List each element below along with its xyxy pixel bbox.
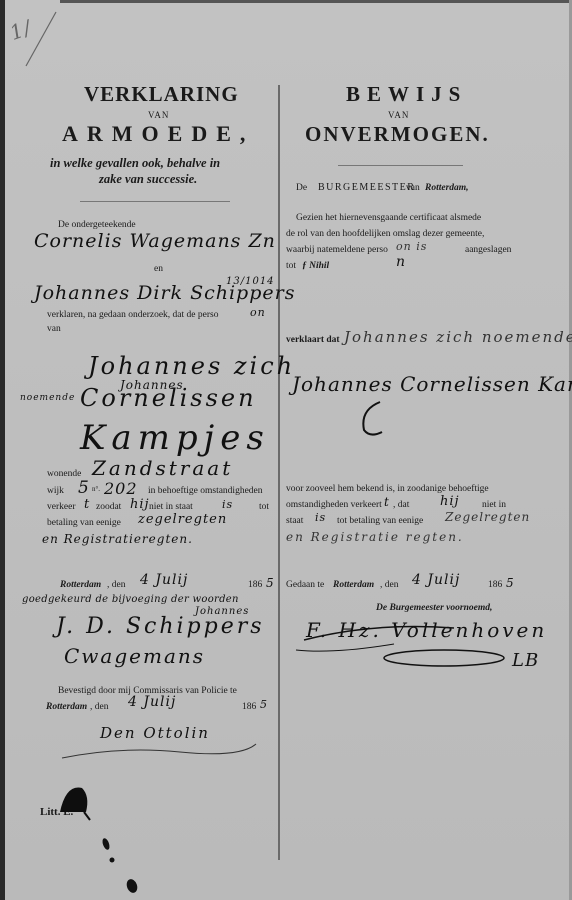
done-label: Gedaan te xyxy=(286,580,324,590)
right-title-van: VAN xyxy=(388,110,409,120)
ink-blot xyxy=(56,782,146,900)
done-date-label: , den xyxy=(380,580,398,590)
known-line4-hand: en Registratie regten. xyxy=(286,530,464,544)
para-line1: Gezien het hiernevensgaande certificaat … xyxy=(296,213,481,223)
residing-label: wonende xyxy=(47,469,81,479)
page-edge-top xyxy=(60,0,572,3)
known-line3-a: staat xyxy=(286,516,303,526)
van-label: van xyxy=(47,324,61,334)
wijk-value: 5 xyxy=(78,478,90,498)
signature-wagemans: Cwagemans xyxy=(64,644,205,668)
mayor-caps: BURGEMEESTER xyxy=(318,182,415,193)
confirmed-place: Rotterdam xyxy=(46,702,87,712)
known-line1: voor zooveel hem bekend is, in zoodanige… xyxy=(286,484,489,494)
left-title-rule xyxy=(80,201,230,202)
mayor-prefix: De xyxy=(296,183,307,193)
right-title-rule xyxy=(338,165,463,166)
is-handwritten: is xyxy=(222,498,233,511)
verkeer-label: verkeer xyxy=(47,502,75,512)
zoodat-label: zoodat xyxy=(96,502,121,512)
mayor-closing: De Burgemeester voornoemd, xyxy=(376,603,492,613)
left-title: VERKLARING xyxy=(84,82,239,107)
margin-pencil-stroke xyxy=(22,10,62,70)
mayor-city: Rotterdam, xyxy=(425,183,469,193)
residing-handwritten: Zandstraat xyxy=(92,456,233,480)
wijk-label: wijk xyxy=(47,486,64,496)
tot-label: tot xyxy=(259,502,269,512)
person-name-prefix: noemende xyxy=(20,393,75,403)
document-page: 1/ VERKLARING VAN ARMOEDE, in welke geva… xyxy=(0,0,572,900)
para-line2: de rol van den hoofdelijken omslag dezer… xyxy=(286,229,484,239)
para-line3-hand: on is xyxy=(396,240,427,253)
known-line3-hand: is xyxy=(315,511,326,524)
left-subtitle: ARMOEDE, xyxy=(62,121,254,147)
declares-label: verklaart dat xyxy=(286,335,340,345)
left-qualifier-line2: zake van successie. xyxy=(99,172,197,187)
person-name-line1: Johannes zich xyxy=(88,352,295,380)
signer1-handwritten: Cornelis Wagemans Zn xyxy=(34,230,276,252)
year-handwritten: 5 xyxy=(266,576,275,590)
page-edge-left xyxy=(0,0,5,900)
approval-note: goedgekeurd de bijvoeging der woorden xyxy=(22,594,239,605)
place-label: Rotterdam xyxy=(60,580,101,590)
done-year-handwritten: 5 xyxy=(506,576,515,590)
confirmed-date-handwritten: 4 Julij xyxy=(128,694,176,710)
signer2-note: 13/1014 xyxy=(226,276,275,287)
number-value: 202 xyxy=(104,479,138,498)
confirmed-year-printed: 186 xyxy=(242,702,256,712)
declare-text: verklaren, na gedaan onderzoek, dat de p… xyxy=(47,310,218,320)
payment-label: betaling van eenige xyxy=(47,518,121,528)
para-line3-b: aangeslagen xyxy=(465,245,511,255)
confirmed-date-label: , den xyxy=(90,702,108,712)
number-label: n°. xyxy=(92,485,100,493)
known-line2-hand2: hij xyxy=(440,494,460,509)
zoodat-handwritten: hij xyxy=(130,497,150,512)
niet-in-staat: niet in staat xyxy=(149,502,193,512)
para-line4-a: tot xyxy=(286,261,296,271)
known-line2-hand: t xyxy=(384,495,390,509)
mayor-initials: LB xyxy=(512,650,539,671)
verkeer-handwritten: t xyxy=(84,497,90,512)
declares-handwritten: Johannes zich noemende xyxy=(344,328,572,346)
date-label: , den xyxy=(107,580,125,590)
declare-suffix: on xyxy=(250,306,266,319)
payment-handwritten-2: en Registratieregten. xyxy=(42,532,193,546)
year-printed: 186 xyxy=(248,580,262,590)
name-flourish xyxy=(360,400,400,440)
left-title-van: VAN xyxy=(148,110,169,120)
known-line3-b: tot betaling van eenige xyxy=(337,516,423,526)
right-title: BEWIJS xyxy=(346,82,467,107)
and-label: en xyxy=(154,264,163,274)
date-handwritten: 4 Julij xyxy=(140,572,188,588)
commissioner-flourish xyxy=(60,738,260,768)
known-line2-c: niet in xyxy=(482,500,506,510)
mayor-van: van xyxy=(406,183,420,193)
done-year-printed: 186 xyxy=(488,580,502,590)
para-line4-b: ƒ Nihil xyxy=(302,261,329,271)
confirmed-year-handwritten: 5 xyxy=(260,698,268,711)
circumstances-text: in behoeftige omstandigheden xyxy=(148,486,263,496)
left-qualifier-line1: in welke gevallen ook, behalve in xyxy=(50,156,220,171)
undersigned-label: De ondergeteekende xyxy=(58,220,136,230)
signature-schippers: J. D. Schippers xyxy=(56,614,265,639)
para-line4-hand: n xyxy=(396,254,406,270)
known-line3-hand2: Zegelregten xyxy=(445,510,530,524)
person-name-line3: Kampjes xyxy=(80,418,270,458)
right-subtitle: ONVERMOGEN. xyxy=(305,122,490,147)
done-city: Rotterdam xyxy=(333,580,374,590)
column-divider xyxy=(278,85,280,860)
known-line2-a: omstandigheden verkeert xyxy=(286,500,382,510)
person-name-line2: Cornelissen xyxy=(80,384,257,412)
para-line3-a: waarbij natemeldene perso xyxy=(286,245,388,255)
payment-handwritten-1: zegelregten xyxy=(138,512,227,527)
known-line2-b: , dat xyxy=(393,500,409,510)
done-date-handwritten: 4 Julij xyxy=(412,572,460,588)
name-handwritten: Johannes Cornelissen Kampjes xyxy=(292,372,572,396)
